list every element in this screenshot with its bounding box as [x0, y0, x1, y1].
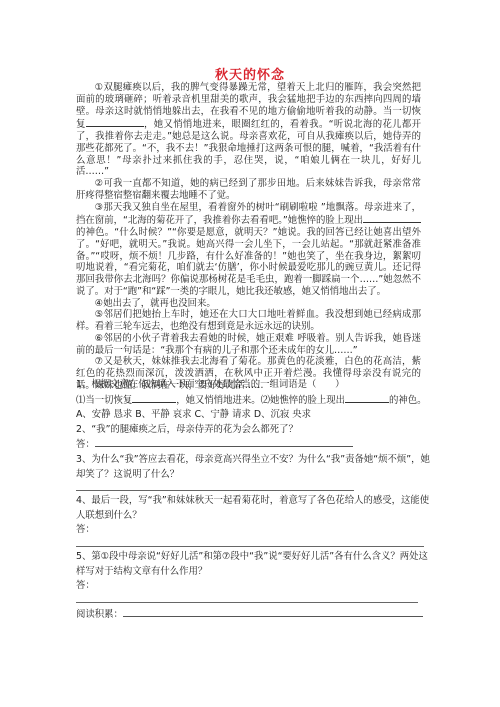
question-3-stem: 3、为什么“我”答应去看花，母亲竟高兴得坐立不安？为什么“我”责备她“烦不烦”，… — [76, 453, 431, 482]
question-1-options: A、安静 恳求 B、平静 哀求 C、宁静 请求 D、沉寂 央求 — [76, 408, 431, 423]
question-2-answer: 答： — [76, 437, 431, 453]
paragraph-4: ④她出去了，就再也没回来。 — [76, 298, 421, 310]
question-4-stem: 4、最后一段，写“我”和妹妹秋天一起看菊花时，着意写了各色花给人的感受，这能使人… — [76, 494, 431, 523]
paragraph-5: ⑤邻居们把她抬上车时，她还在大口大口地吐着鲜血。我没想到她已经病成那样。看着三轮… — [76, 309, 421, 333]
fill-blank-1[interactable] — [86, 117, 144, 127]
paragraph-3: ③那天我又独自坐在屋里，看着窗外的树叶“刷刷啦啦 ”地飘落。母亲进来了，挡在窗前… — [76, 202, 421, 298]
q3-answer-line[interactable] — [76, 490, 354, 491]
reading-passage: ①双腿瘫痪以后，我的脾气变得暴躁无常，望着天上北归的雁阵，我会突然把面前的玻璃砸… — [76, 82, 421, 392]
q5-answer-line[interactable] — [76, 602, 418, 603]
question-1-stem: 1、根据文意在依次填入下面空白处最恰当的一组词语是（ ） — [76, 378, 431, 393]
question-1-blanks: ⑴当一切恢复，她又悄悄地进来。⑵她憔悴的脸上现出的神色。 — [76, 393, 431, 409]
reading-accumulation-line[interactable] — [123, 607, 423, 617]
q1-blank-1[interactable] — [132, 393, 176, 403]
q1-blank-2[interactable] — [345, 393, 389, 403]
question-5-stem: 5、第①段中母亲说“好好儿活”和第⑦段中“我”说“要好好儿活”各有什么含义？两处… — [76, 550, 431, 579]
document-title: 秋天的怀念 — [0, 64, 500, 83]
reading-accumulation: 阅读积累： — [76, 607, 431, 623]
q4-answer-line[interactable] — [76, 546, 424, 547]
paragraph-1: ①双腿瘫痪以后，我的脾气变得暴躁无常，望着天上北归的雁阵，我会突然把面前的玻璃砸… — [76, 82, 421, 178]
paragraph-6: ⑥邻居的小伙子背着我去看她的时候，她正艰难 呼吸着。别人告诉我，她昏迷前的最后一… — [76, 333, 421, 357]
paragraph-2: ②可我一直都不知道，她的病已经到了那步田地。后来妹妹告诉我，母亲常常肝疼得整宿整… — [76, 178, 421, 202]
question-2-stem: 2、“我”的腿瘫痪之后，母亲侍弄的花为会么都死了？ — [76, 423, 431, 438]
fill-blank-2[interactable] — [363, 213, 421, 223]
question-section: 1、根据文意在依次填入下面空白处最恰当的一组词语是（ ） ⑴当一切恢复，她又悄悄… — [76, 378, 431, 622]
question-4-answer-label: 答： — [76, 523, 431, 538]
q2-answer-line[interactable] — [95, 437, 353, 447]
question-5-answer-label: 答： — [76, 579, 431, 594]
